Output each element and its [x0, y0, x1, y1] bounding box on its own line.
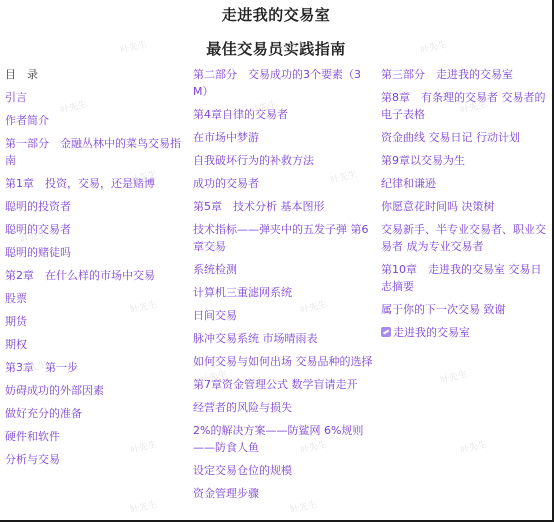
toc-link[interactable]: 系统检测	[193, 261, 373, 278]
toc-label: 引言	[5, 91, 27, 104]
toc-link[interactable]: 第10章 走进我的交易室 交易日志摘要	[381, 261, 549, 295]
toc-label: 2%的解决方案——防鲨网 6%规则——防食人鱼	[193, 424, 363, 454]
toc-label: 妨碍成功的外部因素	[5, 384, 104, 397]
toc-label: 目 录	[5, 68, 38, 81]
toc-link[interactable]: 第三部分 走进我的交易室	[381, 66, 549, 83]
toc-label: 系统检测	[193, 263, 237, 276]
toc-link[interactable]: 你愿意花时间吗 决策树	[381, 198, 549, 215]
toc-link[interactable]: 聪明的赌徒吗	[5, 244, 185, 261]
toc-label: 属于你的下一次交易 致谢	[381, 303, 506, 316]
toc-link[interactable]: 设定交易仓位的规模	[193, 462, 373, 479]
toc-label: 第5章 技术分析 基本图形	[193, 200, 325, 213]
toc-link[interactable]: 第4章自律的交易者	[193, 106, 373, 123]
toc-link[interactable]: 2%的解决方案——防鲨网 6%规则——防食人鱼	[193, 422, 373, 456]
toc-label: 第三部分 走进我的交易室	[381, 68, 513, 81]
toc-link[interactable]: 脉冲交易系统 市场晴雨表	[193, 330, 373, 347]
toc-link[interactable]: 硬件和软件	[5, 428, 185, 445]
toc-label: 技术指标——弹夹中的五发子弹 第6章交易	[193, 223, 369, 253]
toc-link[interactable]: 第8章 有条理的交易者 交易者的电子表格	[381, 89, 549, 123]
toc-label: 第3章 第一步	[5, 361, 78, 374]
toc-label: 分析与交易	[5, 453, 60, 466]
toc-link[interactable]: 交易新手、半专业交易者、职业交易者 成为专业交易者	[381, 221, 549, 255]
toc-link[interactable]: 技术指标——弹夹中的五发子弹 第6章交易	[193, 221, 373, 255]
toc-link[interactable]: 如何交易与如何出场 交易品种的选择	[193, 353, 373, 370]
toc-label: 交易新手、半专业交易者、职业交易者 成为专业交易者	[381, 223, 546, 253]
toc-label: 脉冲交易系统 市场晴雨表	[193, 332, 318, 345]
toc-link[interactable]: 在市场中梦游	[193, 129, 373, 146]
toc-link[interactable]: 期权	[5, 336, 185, 353]
toc-label: 聪明的交易者	[5, 223, 71, 236]
toc-link[interactable]: 第3章 第一步	[5, 359, 185, 376]
toc-label: 经营者的风险与损失	[193, 401, 292, 414]
toc-label: 第9章以交易为生	[381, 154, 465, 167]
toc-label: 如何交易与如何出场 交易品种的选择	[193, 355, 373, 368]
toc-label: 第7章资金管理公式 数学盲请走开	[193, 378, 358, 391]
toc-label: 第4章自律的交易者	[193, 108, 288, 121]
toc-link[interactable]: 聪明的交易者	[5, 221, 185, 238]
toc-link[interactable]: 分析与交易	[5, 451, 185, 468]
toc-link[interactable]: 第5章 技术分析 基本图形	[193, 198, 373, 215]
watermark-text: 叶先生	[459, 437, 488, 457]
toc-link[interactable]: 第2章 在什么样的市场中交易	[5, 267, 185, 284]
toc-link[interactable]: 第一部分 金融丛林中的菜鸟交易指南	[5, 135, 185, 169]
toc-label: 第8章 有条理的交易者 交易者的电子表格	[381, 91, 546, 121]
toc-column-3: 第三部分 走进我的交易室第8章 有条理的交易者 交易者的电子表格资金曲线 交易日…	[381, 66, 549, 347]
toc-link[interactable]: 第1章 投资，交易，还是赌博	[5, 175, 185, 192]
toc-link[interactable]: 聪明的投资者	[5, 198, 185, 215]
toc-label: 聪明的投资者	[5, 200, 71, 213]
toc-link[interactable]: 经营者的风险与损失	[193, 399, 373, 416]
toc-label: 纪律和谦逊	[381, 177, 436, 190]
toc-label: 资金管理步骤	[193, 487, 259, 500]
toc-label: 设定交易仓位的规模	[193, 464, 292, 477]
toc-label: 第10章 走进我的交易室 交易日志摘要	[381, 263, 542, 293]
toc-link[interactable]: 第二部分 交易成功的3个要素（3M）	[193, 66, 373, 100]
link-icon	[381, 327, 391, 337]
toc-label: 第1章 投资，交易，还是赌博	[5, 177, 155, 190]
watermark-text: 叶先生	[439, 367, 468, 387]
toc-label: 股票	[5, 292, 27, 305]
toc-label: 资金曲线 交易日记 行动计划	[381, 131, 520, 144]
toc-label: 日间交易	[193, 309, 237, 322]
toc-link[interactable]: 引言	[5, 89, 185, 106]
toc-label: 期权	[5, 338, 27, 351]
toc-link[interactable]: 纪律和谦逊	[381, 175, 549, 192]
toc-label: 第一部分 金融丛林中的菜鸟交易指南	[5, 137, 181, 167]
book-title: 走进我的交易室	[0, 4, 552, 25]
toc-label: 做好充分的准备	[5, 407, 82, 420]
toc-link[interactable]: 期货	[5, 313, 185, 330]
toc-link[interactable]: 资金管理步骤	[193, 485, 373, 502]
toc-link[interactable]: 作者简介	[5, 112, 185, 129]
toc-link[interactable]: 妨碍成功的外部因素	[5, 382, 185, 399]
toc-link[interactable]: 计算机三重滤网系统	[193, 284, 373, 301]
watermark-text: 叶先生	[129, 497, 158, 517]
toc-label: 走进我的交易室	[393, 326, 470, 339]
toc-column-1: 目 录引言作者简介第一部分 金融丛林中的菜鸟交易指南第1章 投资，交易，还是赌博…	[5, 66, 185, 474]
toc-link[interactable]: 日间交易	[193, 307, 373, 324]
toc-label: 第2章 在什么样的市场中交易	[5, 269, 155, 282]
toc-link[interactable]: 股票	[5, 290, 185, 307]
toc-link[interactable]: 资金曲线 交易日记 行动计划	[381, 129, 549, 146]
toc-column-2: 第二部分 交易成功的3个要素（3M）第4章自律的交易者在市场中梦游自我破坏行为的…	[193, 66, 373, 508]
toc-link[interactable]: 属于你的下一次交易 致谢	[381, 301, 549, 318]
toc-heading: 目 录	[5, 66, 185, 83]
toc-link[interactable]: 成功的交易者	[193, 175, 373, 192]
toc-label: 硬件和软件	[5, 430, 60, 443]
toc-label: 在市场中梦游	[193, 131, 259, 144]
book-subtitle: 最佳交易员实践指南	[0, 38, 552, 59]
toc-label: 聪明的赌徒吗	[5, 246, 71, 259]
document-page: 走进我的交易室 最佳交易员实践指南 目 录引言作者简介第一部分 金融丛林中的菜鸟…	[0, 0, 554, 522]
toc-link[interactable]: 做好充分的准备	[5, 405, 185, 422]
toc-link[interactable]: 第9章以交易为生	[381, 152, 549, 169]
toc-label: 第二部分 交易成功的3个要素（3M）	[193, 68, 361, 98]
toc-label: 计算机三重滤网系统	[193, 286, 292, 299]
toc-link[interactable]: 第7章资金管理公式 数学盲请走开	[193, 376, 373, 393]
toc-label: 成功的交易者	[193, 177, 259, 190]
toc-link[interactable]: 走进我的交易室	[381, 324, 549, 341]
toc-label: 你愿意花时间吗 决策树	[381, 200, 495, 213]
toc-link[interactable]: 自我破坏行为的补救方法	[193, 152, 373, 169]
toc-label: 作者简介	[5, 114, 49, 127]
toc-label: 期货	[5, 315, 27, 328]
toc-label: 自我破坏行为的补救方法	[193, 154, 314, 167]
